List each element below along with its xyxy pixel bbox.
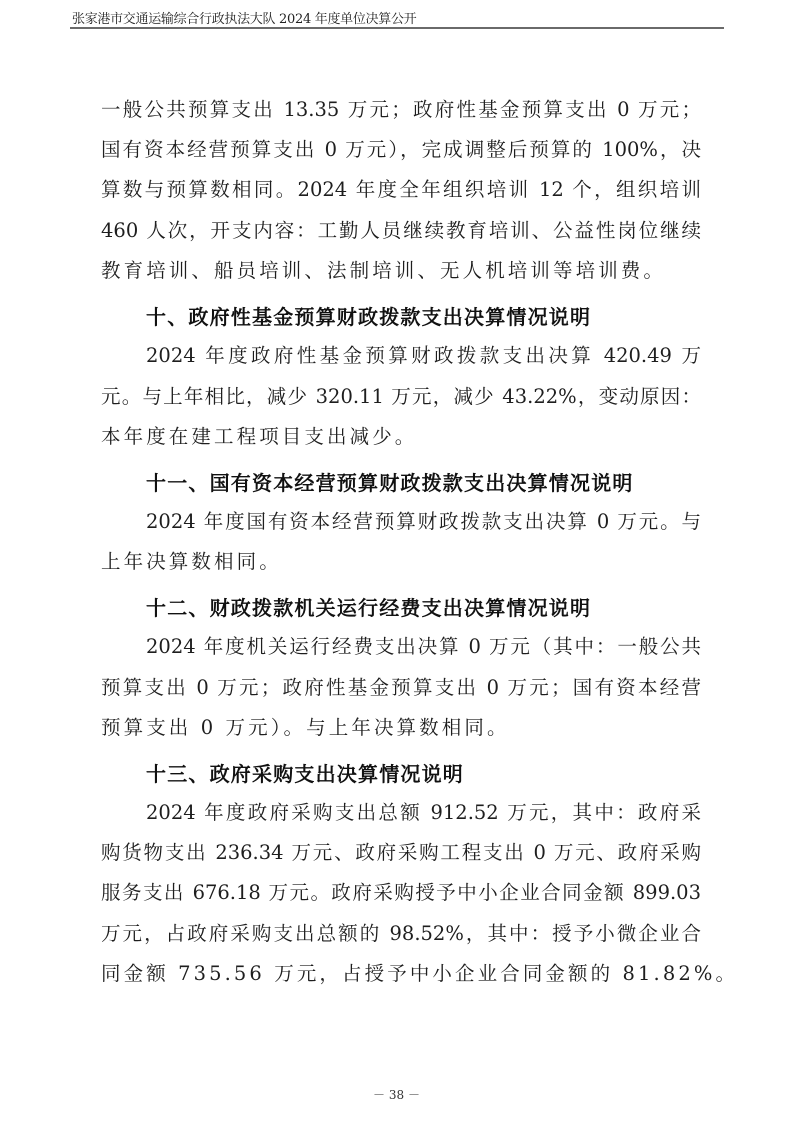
section-heading-12: 十二、财政拨款机关运行经费支出决算情况说明 xyxy=(146,595,591,621)
paragraph-line: 万元，占政府采购支出总额的 98.52%，其中：授予小微企业合 xyxy=(101,921,701,947)
paragraph-line: 2024 年度机关运行经费支出决算 0 万元（其中：一般公共 xyxy=(146,634,701,660)
paragraph-line: 上年决算数相同。 xyxy=(101,549,701,575)
running-header-title: 张家港市交通运输综合行政执法大队 2024 年度单位决算公开 xyxy=(72,8,416,27)
paragraph-line: 460 人次，开支内容：工勤人员继续教育培训、公益性岗位继续 xyxy=(101,218,701,244)
paragraph-line: 预算支出 0 万元）。与上年决算数相同。 xyxy=(101,715,701,741)
paragraph-line: 元。与上年相比，减少 320.11 万元，减少 43.22%，变动原因： xyxy=(101,384,701,410)
section-heading-13: 十三、政府采购支出决算情况说明 xyxy=(146,761,464,787)
paragraph-line: 2024 年度政府性基金预算财政拨款支出决算 420.49 万 xyxy=(146,343,701,369)
paragraph-line: 购货物支出 236.34 万元、政府采购工程支出 0 万元、政府采购 xyxy=(101,840,701,866)
paragraph-line: 本年度在建工程项目支出减少。 xyxy=(101,424,701,450)
section-heading-11: 十一、国有资本经营预算财政拨款支出决算情况说明 xyxy=(146,470,634,496)
paragraph-line: 预算支出 0 万元；政府性基金预算支出 0 万元；国有资本经营 xyxy=(101,675,701,701)
header-rule xyxy=(70,27,724,29)
section-heading-10: 十、政府性基金预算财政拨款支出决算情况说明 xyxy=(146,304,591,330)
page-number: － 38 － xyxy=(0,1086,793,1103)
paragraph-line: 2024 年度政府采购支出总额 912.52 万元，其中：政府采 xyxy=(146,800,701,826)
paragraph-line: 国有资本经营预算支出 0 万元），完成调整后预算的 100%，决 xyxy=(101,137,701,163)
paragraph-line: 教育培训、船员培训、法制培训、无人机培训等培训费。 xyxy=(101,258,701,284)
paragraph-line: 同金额 735.56 万元，占授予中小企业合同金额的 81.82%。 xyxy=(101,961,701,987)
paragraph-line: 服务支出 676.18 万元。政府采购授予中小企业合同金额 899.03 xyxy=(101,880,701,906)
paragraph-line: 一般公共预算支出 13.35 万元；政府性基金预算支出 0 万元； xyxy=(101,97,701,123)
paragraph-line: 算数与预算数相同。2024 年度全年组织培训 12 个，组织培训 xyxy=(101,177,701,203)
paragraph-line: 2024 年度国有资本经营预算财政拨款支出决算 0 万元。与 xyxy=(146,509,701,535)
